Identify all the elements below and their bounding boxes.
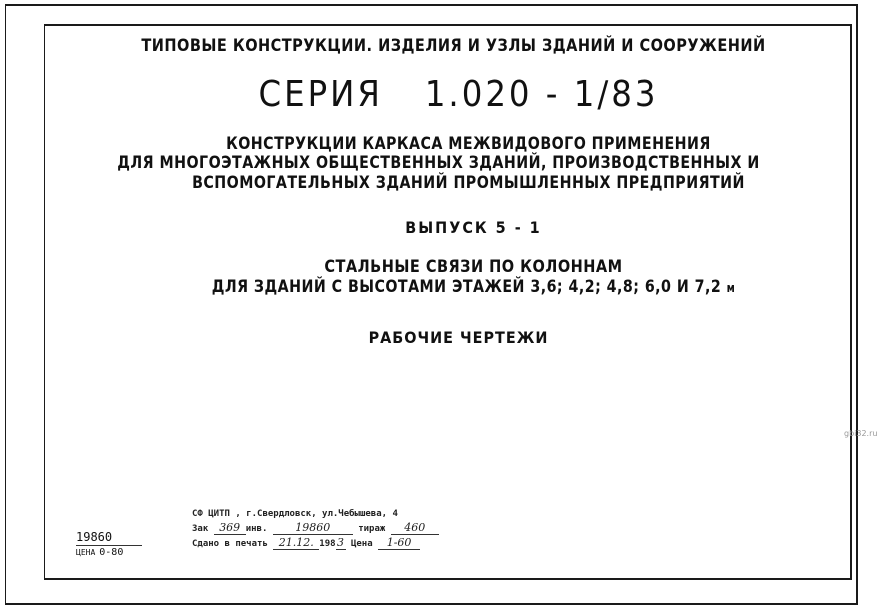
series-title: СЕРИЯ1.020 - 1/83 (20, 74, 877, 115)
inv-label: инв. (246, 524, 268, 534)
description-line-2: ДЛЯ МНОГОЭТАЖНЫХ ОБЩЕСТВЕННЫХ ЗДАНИЙ, ПР… (31, 153, 847, 173)
document-type: РАБОЧИЕ ЧЕРТЕЖИ (20, 328, 877, 347)
inventory-stamp: 19860 ЦЕНА0-80 (76, 526, 142, 558)
inv-number: 19860 (273, 521, 353, 535)
subject-text: ДЛЯ ЗДАНИЙ С ВЫСОТАМИ ЭТАЖЕЙ 3,6; 4,2; 4… (212, 277, 722, 297)
order-prefix: Зак (192, 524, 208, 534)
watermark: gbi32.ru (844, 429, 877, 438)
year-prefix: 198 (319, 539, 335, 549)
header-title: ТИПОВЫЕ КОНСТРУКЦИИ. ИЗДЕЛИЯ И УЗЛЫ ЗДАН… (37, 36, 870, 56)
signed-date: 21.12. (273, 536, 319, 550)
year-digit: 3 (336, 536, 346, 550)
imprint-price-label: Цена (351, 539, 373, 549)
print-run-label: тираж (358, 524, 385, 534)
imprint-line-3: Сдано в печать 21.12.1983 Цена 1-60 (192, 536, 439, 551)
signed-label: Сдано в печать (192, 539, 268, 549)
inventory-number: 19860 (76, 530, 142, 546)
imprint-line-2: Зак 369инв. 19860 тираж 460 (192, 521, 439, 536)
print-run-value: 460 (391, 521, 439, 535)
stamp-price: ЦЕНА0-80 (76, 547, 142, 558)
description-line-3: ВСПОМОГАТЕЛЬНЫХ ЗДАНИЙ ПРОМЫШЛЕННЫХ ПРЕД… (61, 173, 877, 193)
issue-number: ВЫПУСК 5 - 1 (35, 218, 877, 237)
stamp-price-value: 0-80 (99, 547, 123, 558)
series-label: СЕРИЯ (258, 74, 382, 115)
order-number: 369 (214, 521, 246, 535)
subject-unit: м (727, 281, 736, 295)
stamp-price-label: ЦЕНА (76, 548, 95, 557)
imprint-block: СФ ЦИТП , г.Свердловск, ул.Чебышева, 4 З… (192, 508, 439, 551)
subject-line-2: ДЛЯ ЗДАНИЙ С ВЫСОТАМИ ЭТАЖЕЙ 3,6; 4,2; 4… (66, 277, 877, 297)
subject-line-1: СТАЛЬНЫЕ СВЯЗИ ПО КОЛОННАМ (57, 257, 877, 277)
imprint-line-1: СФ ЦИТП , г.Свердловск, ул.Чебышева, 4 (192, 508, 439, 521)
imprint-price-value: 1-60 (378, 536, 420, 550)
series-number: 1.020 - 1/83 (425, 74, 659, 115)
description-line-1: КОНСТРУКЦИИ КАРКАСА МЕЖВИДОВОГО ПРИМЕНЕН… (61, 134, 877, 154)
